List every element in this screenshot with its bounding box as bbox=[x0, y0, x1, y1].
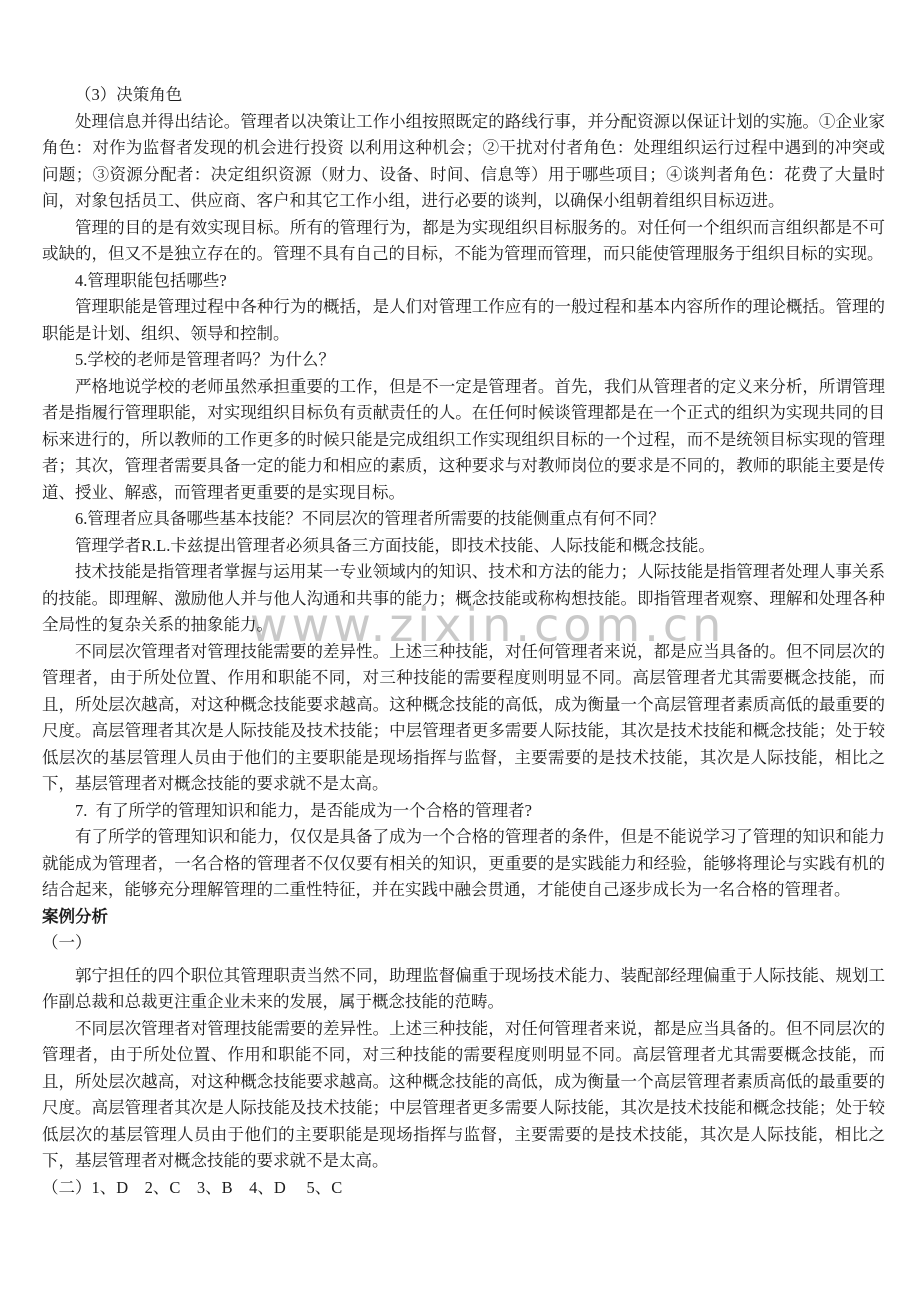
heading-decision-role: （3）决策角色 bbox=[42, 82, 885, 109]
heading-case-analysis: 案例分析 bbox=[42, 904, 885, 931]
question-6: 6.管理者应具备哪些基本技能？不同层次的管理者所需要的技能侧重点有何不同？ bbox=[42, 506, 885, 533]
para-management-purpose: 管理的目的是有效实现目标。所有的管理行为，都是为实现组织目标服务的。对任何一个组… bbox=[42, 215, 885, 268]
para-case-one-answer: 郭宁担任的四个职位其管理职责当然不同，助理监督偏重于现场技术能力、装配部经理偏重… bbox=[42, 963, 885, 1016]
line-case-two-answers: （二）1、D 2、C 3、B 4、D 5、C bbox=[42, 1175, 885, 1202]
para-answer-6-katz: 管理学者R.L.卡兹提出管理者必须具备三方面技能，即技术技能、人际技能和概念技能… bbox=[42, 533, 885, 560]
question-7: 7. 有了所学的管理知识和能力，是否能成为一个合格的管理者? bbox=[42, 798, 885, 825]
question-4: 4.管理职能包括哪些? bbox=[42, 268, 885, 295]
para-answer-6-skills: 技术技能是指管理者掌握与运用某一专业领域内的知识、技术和方法的能力；人际技能是指… bbox=[42, 559, 885, 639]
label-case-one: （一） bbox=[42, 930, 885, 957]
page-content: （3）决策角色 处理信息并得出结论。管理者以决策让工作小组按照既定的路线行事，并… bbox=[42, 82, 885, 1201]
para-case-one-levels: 不同层次管理者对管理技能需要的差异性。上述三种技能，对任何管理者来说，都是应当具… bbox=[42, 1016, 885, 1175]
question-5: 5.学校的老师是管理者吗？为什么？ bbox=[42, 347, 885, 374]
document-page: www.zixin.com.cn （3）决策角色 处理信息并得出结论。管理者以决… bbox=[0, 0, 920, 1302]
para-answer-6-levels: 不同层次管理者对管理技能需要的差异性。上述三种技能，对任何管理者来说，都是应当具… bbox=[42, 639, 885, 798]
para-decision-role-detail: 处理信息并得出结论。管理者以决策让工作小组按照既定的路线行事，并分配资源以保证计… bbox=[42, 109, 885, 215]
para-answer-4: 管理职能是管理过程中各种行为的概括，是人们对管理工作应有的一般过程和基本内容所作… bbox=[42, 294, 885, 347]
para-answer-7: 有了所学的管理知识和能力，仅仅是具备了成为一个合格的管理者的条件，但是不能说学习… bbox=[42, 824, 885, 904]
para-answer-5: 严格地说学校的老师虽然承担重要的工作，但是不一定是管理者。首先，我们从管理者的定… bbox=[42, 374, 885, 507]
